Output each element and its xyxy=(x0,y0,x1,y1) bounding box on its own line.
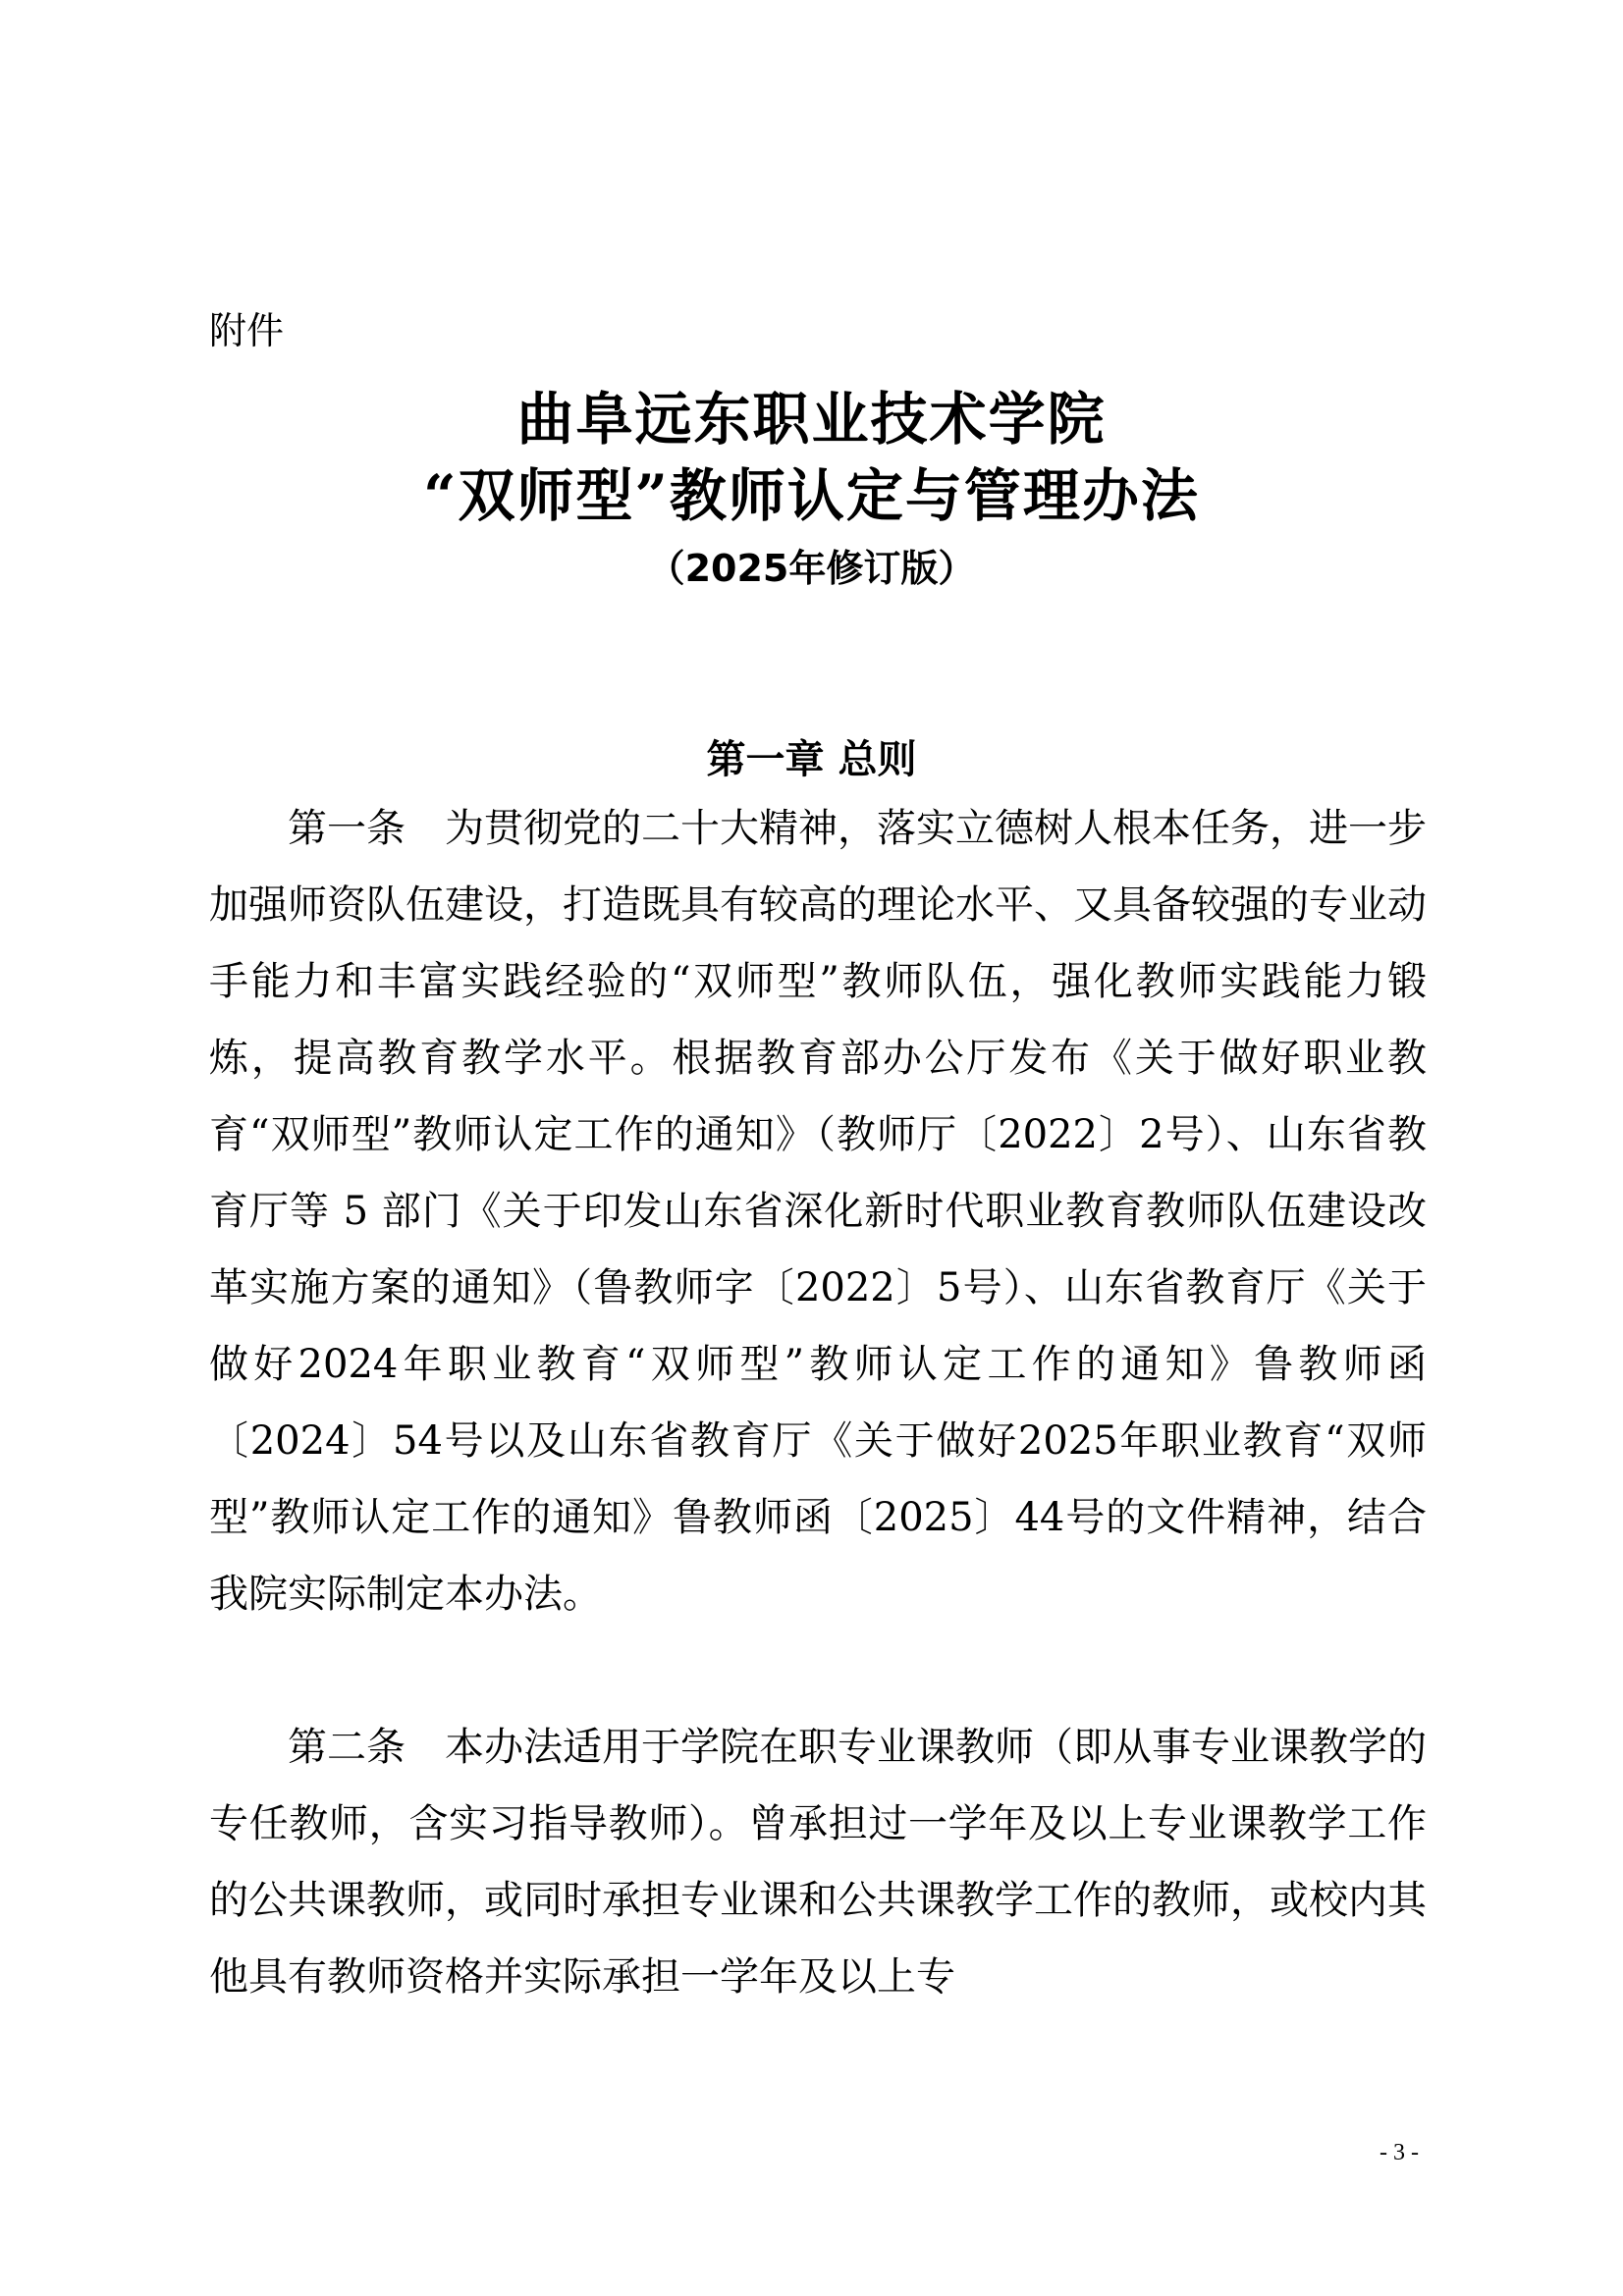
chapter-heading: 第一章 总则 xyxy=(0,728,1623,784)
article-1-text: 第一条 为贯彻党的二十大精神，落实立德树人根本任务，进一步加强师资队伍建设，打造… xyxy=(209,790,1427,1632)
article-2: 第二条 本办法适用于学院在职专业课教师（即从事专业课教学的专任教师，含实习指导教… xyxy=(209,1709,1427,2015)
document-page: 附件 曲阜远东职业技术学院 “双师型”教师认定与管理办法 （2025年修订版） … xyxy=(0,0,1623,2296)
article-1: 第一条 为贯彻党的二十大精神，落实立德树人根本任务，进一步加强师资队伍建设，打造… xyxy=(209,790,1427,1632)
document-title-line2: “双师型”教师认定与管理办法 xyxy=(0,450,1623,532)
document-title-line1: 曲阜远东职业技术学院 xyxy=(0,373,1623,455)
article-2-text: 第二条 本办法适用于学院在职专业课教师（即从事专业课教学的专任教师，含实习指导教… xyxy=(209,1709,1427,2015)
document-subtitle: （2025年修订版） xyxy=(0,538,1623,592)
attachment-label: 附件 xyxy=(209,312,284,349)
page-number: - 3 - xyxy=(1380,2140,1419,2166)
